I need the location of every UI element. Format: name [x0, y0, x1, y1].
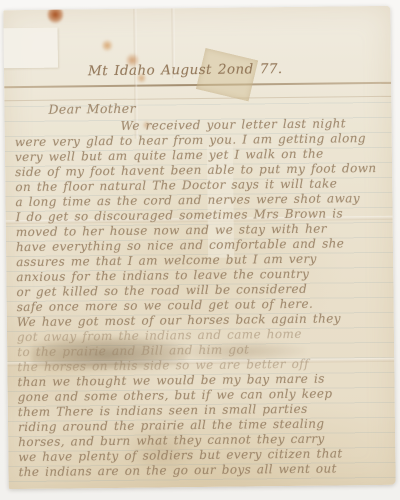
rust-stain: [102, 39, 113, 52]
header-rule-line-faint: [4, 96, 391, 101]
letter-line: We received your letter last night: [121, 116, 347, 133]
rust-stain: [47, 6, 63, 24]
letter-paper: Mt Idaho August 2ond 77. Dear Mother We …: [3, 6, 395, 489]
dateline: Mt Idaho August 2ond 77.: [88, 61, 283, 79]
scanned-letter-photo: Mt Idaho August 2ond 77. Dear Mother We …: [0, 0, 400, 500]
salutation: Dear Mother: [48, 101, 136, 117]
letter-line: to the prairie and Bill and him got: [17, 342, 249, 359]
corner-repair-patch: [3, 28, 58, 69]
